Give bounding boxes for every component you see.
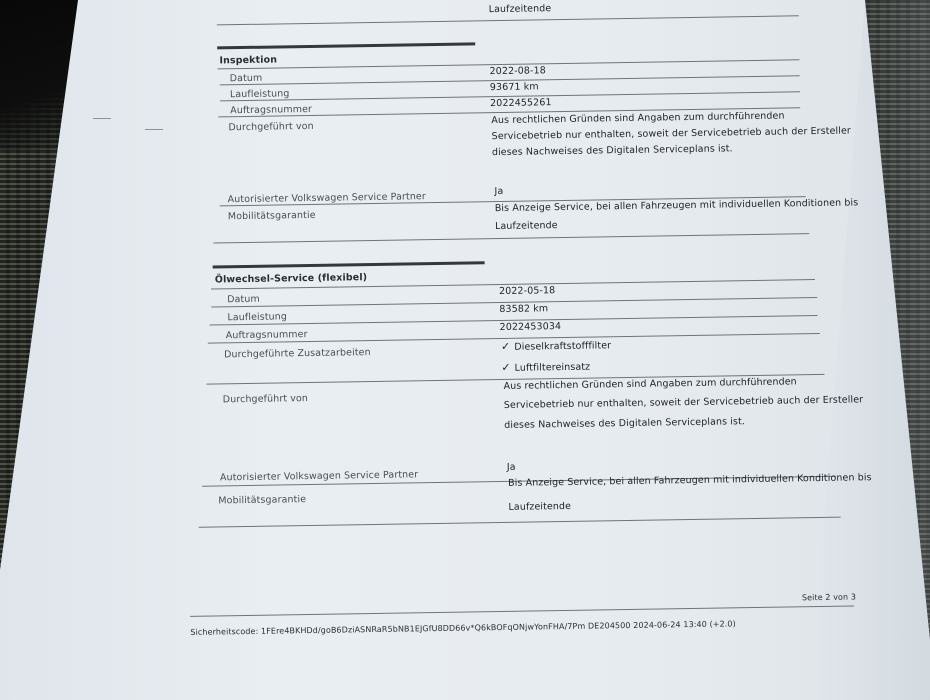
label-laufleistung: Laufleistung	[227, 311, 287, 323]
carryover-value: Laufzeitende	[489, 3, 552, 15]
label-service-partner: Autorisierter Volkswagen Service Partner	[220, 469, 418, 483]
divider	[213, 233, 809, 243]
section-title-oelwechsel: Ölwechsel-Service (flexibel)	[215, 272, 367, 285]
value-datum: 2022-05-18	[499, 285, 555, 297]
label-durchgefuehrt-von: Durchgeführt von	[223, 393, 308, 405]
label-zusatzarbeiten: Durchgeführte Zusatzarbeiten	[224, 347, 371, 360]
value-auftragsnummer: 2022453034	[500, 321, 562, 333]
dealer-code: DE204500	[588, 621, 631, 631]
label-datum: Datum	[230, 73, 263, 85]
zusatzarbeit-item: ✓Luftfiltereinsatz	[501, 360, 590, 374]
edge-mark	[93, 118, 111, 119]
section-bar	[217, 42, 475, 49]
label-datum: Datum	[227, 294, 260, 306]
label-durchgefuehrt-von: Durchgeführt von	[228, 121, 313, 133]
footer-security: Sicherheitscode: 1FEre4BKHDd/goB6DziASNR…	[190, 619, 736, 637]
value-durchgefuehrt-von-line2: Servicebetrieb nur enthalten, soweit der…	[492, 125, 851, 142]
value-mobilitaetsgarantie-line2: Laufzeitende	[508, 501, 571, 513]
zusatzarbeit-label: Dieselkraftstofffilter	[514, 340, 611, 353]
security-code-label: Sicherheitscode:	[190, 627, 258, 637]
value-auftragsnummer: 2022455261	[490, 97, 552, 109]
label-auftragsnummer: Auftragsnummer	[226, 329, 308, 341]
value-service-partner: Ja	[494, 186, 503, 197]
value-service-partner: Ja	[507, 462, 516, 473]
value-durchgefuehrt-von-line3: dieses Nachweises des Digitalen Servicep…	[504, 416, 745, 431]
check-icon: ✓	[501, 361, 511, 374]
footer-divider	[190, 605, 854, 616]
value-durchgefuehrt-von-line3: dieses Nachweises des Digitalen Servicep…	[492, 143, 733, 158]
value-datum: 2022-08-18	[490, 65, 546, 77]
label-mobilitaetsgarantie: Mobilitätsgarantie	[218, 494, 306, 506]
value-mobilitaetsgarantie-line2: Laufzeitende	[495, 220, 558, 232]
edge-mark	[145, 129, 163, 130]
value-laufleistung: 83582 km	[499, 303, 548, 315]
zusatzarbeit-item: ✓Dieselkraftstofffilter	[501, 338, 611, 353]
value-durchgefuehrt-von-line2: Servicebetrieb nur enthalten, soweit der…	[504, 394, 863, 411]
divider	[199, 517, 841, 528]
print-timestamp: 2024-06-24 13:40 (+2.0)	[633, 619, 736, 630]
value-durchgefuehrt-von-line1: Aus rechtlichen Gründen sind Angaben zum…	[491, 111, 784, 127]
zusatzarbeit-label: Luftfiltereinsatz	[515, 362, 591, 374]
value-mobilitaetsgarantie-line1: Bis Anzeige Service, bei allen Fahrzeuge…	[508, 472, 872, 489]
section-title-inspektion: Inspektion	[219, 54, 277, 66]
security-code: 1FEre4BKHDd/goB6DziASNRaR5bNB1EJGfU8DD66…	[261, 622, 585, 636]
document-content: Laufzeitende Inspektion Datum 2022-08-18…	[0, 0, 930, 700]
divider	[217, 15, 799, 25]
section-bar	[213, 261, 485, 268]
check-icon: ✓	[501, 340, 511, 353]
value-laufleistung: 93671 km	[490, 81, 539, 93]
label-mobilitaetsgarantie: Mobilitätsgarantie	[228, 210, 316, 222]
page-number: Seite 2 von 3	[802, 592, 856, 602]
